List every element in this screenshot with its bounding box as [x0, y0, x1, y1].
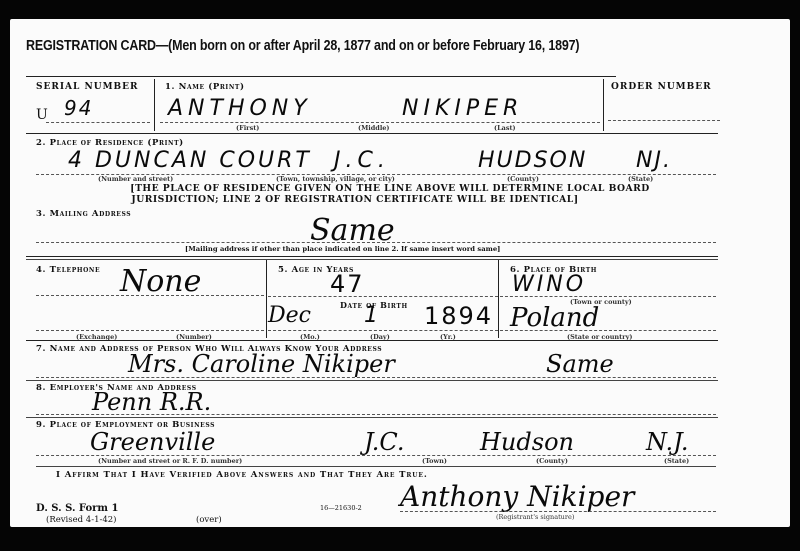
- serial-prefix: U: [36, 107, 48, 123]
- card-title: REGISTRATION CARD—(Men born on or after …: [26, 38, 579, 54]
- serial-number-label: SERIAL NUMBER: [36, 82, 138, 92]
- telephone-line-2: [36, 330, 264, 331]
- rule: [26, 259, 718, 260]
- birthplace-town-value: WINO: [512, 272, 586, 297]
- printer-code: 16—21630-2: [320, 504, 362, 512]
- rule: [26, 133, 718, 134]
- employment-state-caption: (State): [664, 457, 689, 465]
- telephone-line: [36, 295, 264, 296]
- employment-street-caption: (Number and street or R. F. D. number): [98, 457, 242, 465]
- telephone-label: 4. Telephone: [36, 265, 100, 275]
- residence-town-value: J.C.: [334, 148, 390, 173]
- first-name-value: ANTHONY: [168, 96, 312, 121]
- dob-day-value: 1: [364, 303, 380, 328]
- divider: [154, 79, 155, 131]
- residence-state-value: NJ.: [636, 148, 672, 173]
- mailing-line: [36, 242, 716, 243]
- serial-number-value: 94: [64, 96, 93, 120]
- mailing-caption: [Mailing address if other than place ind…: [185, 245, 500, 253]
- age-value: 47: [330, 270, 365, 298]
- birthplace-country-value: Poland: [510, 303, 599, 333]
- divider: [603, 79, 604, 131]
- first-caption: (First): [236, 124, 259, 132]
- last-name-value: NIKIPER: [402, 96, 523, 121]
- state-caption: (State): [628, 175, 653, 183]
- rule: [26, 76, 616, 77]
- contact-value: Mrs. Caroline Nikiper: [128, 350, 395, 378]
- rule: [26, 256, 718, 257]
- middle-caption: (Middle): [358, 124, 390, 132]
- birthplace-town-line: [500, 296, 716, 297]
- age-line: [268, 296, 498, 297]
- employment-line: [36, 455, 716, 456]
- form-name: D. S. S. Form 1: [36, 503, 118, 514]
- town-caption: (Town, township, village, or city): [276, 175, 395, 183]
- street-caption: (Number and street): [98, 175, 173, 183]
- signature-caption: (Registrant's signature): [496, 513, 574, 521]
- signature-value: Anthony Nikiper: [400, 480, 634, 513]
- name-label: 1. Name (Print): [165, 82, 245, 92]
- form-revised: (Revised 4-1-42): [46, 515, 117, 525]
- employment-town-caption: (Town): [422, 457, 447, 465]
- dob-year-value: 1894: [424, 302, 493, 330]
- jurisdiction-note-2: JURISDICTION; LINE 2 OF REGISTRATION CER…: [40, 194, 670, 205]
- jurisdiction-note-1: [THE PLACE OF RESIDENCE GIVEN ON THE LIN…: [40, 183, 740, 194]
- contact-address-value: Same: [546, 350, 614, 378]
- dob-month-value: Dec: [268, 303, 311, 328]
- rule: [36, 466, 716, 467]
- divider: [498, 260, 499, 338]
- signature-line: [400, 511, 716, 512]
- rule: [26, 417, 718, 418]
- name-line: [160, 122, 600, 123]
- order-number-label: ORDER NUMBER: [611, 82, 712, 92]
- employment-county-caption: (County): [536, 457, 568, 465]
- residence-street-value: 4 DUNCAN COURT: [68, 148, 312, 173]
- employer-line: [36, 414, 716, 415]
- employment-town-value: J.C.: [364, 428, 405, 456]
- contact-line: [36, 377, 716, 378]
- mailing-label: 3. Mailing Address: [36, 209, 131, 219]
- rule: [26, 380, 718, 381]
- last-caption: (Last): [494, 124, 516, 132]
- employer-value: Penn R.R.: [92, 388, 211, 416]
- employment-street-value: Greenville: [90, 428, 215, 456]
- affirmation-text: I Affirm That I Have Verified Above Answ…: [56, 470, 428, 480]
- dob-line: [268, 330, 498, 331]
- rule: [26, 340, 718, 341]
- residence-county-value: HUDSON: [478, 148, 587, 173]
- over-note: (over): [196, 515, 222, 525]
- employment-county-value: Hudson: [480, 428, 574, 456]
- order-number-line: [608, 120, 720, 121]
- serial-line: [46, 122, 150, 123]
- employment-state-value: N.J.: [646, 428, 688, 456]
- residence-label: 2. Place of Residence (Print): [36, 138, 184, 148]
- birthplace-country-line: [500, 330, 716, 331]
- divider: [266, 260, 267, 338]
- county-caption: (County): [507, 175, 539, 183]
- telephone-value: None: [120, 264, 201, 299]
